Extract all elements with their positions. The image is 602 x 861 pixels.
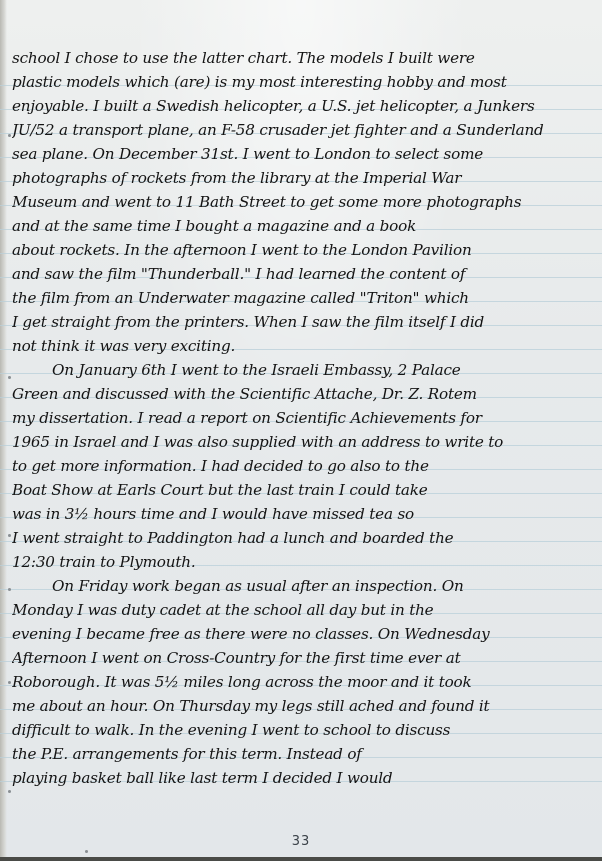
text-line: Green and discussed with the Scientific … bbox=[12, 382, 602, 406]
text-line: not think it was very exciting. bbox=[12, 334, 602, 358]
text-line: and at the same time I bought a magazine… bbox=[12, 214, 602, 238]
text-line: Museum and went to 11 Bath Street to get… bbox=[12, 190, 602, 214]
text-line: enjoyable. I built a Swedish helicopter,… bbox=[12, 94, 602, 118]
margin-mark bbox=[8, 790, 11, 793]
text-line: Afternoon I went on Cross-Country for th… bbox=[12, 646, 602, 670]
text-line: to get more information. I had decided t… bbox=[12, 454, 602, 478]
text-line: the film from an Underwater magazine cal… bbox=[12, 286, 602, 310]
text-line: JU/52 a transport plane, an F-58 crusade… bbox=[12, 118, 602, 142]
text-line: the P.E. arrangements for this term. Ins… bbox=[12, 742, 602, 766]
margin-mark bbox=[8, 376, 11, 379]
page-number: 33 bbox=[0, 834, 602, 849]
text-line: and saw the film "Thunderball." I had le… bbox=[12, 262, 602, 286]
text-line: school I chose to use the latter chart. … bbox=[12, 46, 602, 70]
text-line: I get straight from the printers. When I… bbox=[12, 310, 602, 334]
text-line: was in 3½ hours time and I would have mi… bbox=[12, 502, 602, 526]
margin-mark bbox=[8, 588, 11, 591]
text-line: plastic models which (are) is my most in… bbox=[12, 70, 602, 94]
margin-mark bbox=[8, 681, 11, 684]
text-line: about rockets. In the afternoon I went t… bbox=[12, 238, 602, 262]
margin-mark bbox=[8, 534, 11, 537]
text-line: Monday I was duty cadet at the school al… bbox=[12, 598, 602, 622]
text-line: 1965 in Israel and I was also supplied w… bbox=[12, 430, 602, 454]
page-bottom-edge bbox=[0, 857, 602, 861]
text-line: 12:30 train to Plymouth. bbox=[12, 550, 602, 574]
margin-mark bbox=[85, 850, 88, 853]
margin-mark bbox=[8, 134, 11, 137]
text-line: On Friday work began as usual after an i… bbox=[12, 574, 602, 598]
text-line: playing basket ball like last term I dec… bbox=[12, 766, 602, 790]
text-line: sea plane. On December 31st. I went to L… bbox=[12, 142, 602, 166]
text-line: my dissertation. I read a report on Scie… bbox=[12, 406, 602, 430]
text-line: evening I became free as there were no c… bbox=[12, 622, 602, 646]
text-line: Boat Show at Earls Court but the last tr… bbox=[12, 478, 602, 502]
journal-page: school I chose to use the latter chart. … bbox=[0, 0, 602, 861]
text-line: I went straight to Paddington had a lunc… bbox=[12, 526, 602, 550]
text-line: difficult to walk. In the evening I went… bbox=[12, 718, 602, 742]
text-line: me about an hour. On Thursday my legs st… bbox=[12, 694, 602, 718]
text-line: photographs of rockets from the library … bbox=[12, 166, 602, 190]
text-line: On January 6th I went to the Israeli Emb… bbox=[12, 358, 602, 382]
handwritten-text: school I chose to use the latter chart. … bbox=[12, 46, 602, 790]
text-line: Roborough. It was 5½ miles long across t… bbox=[12, 670, 602, 694]
